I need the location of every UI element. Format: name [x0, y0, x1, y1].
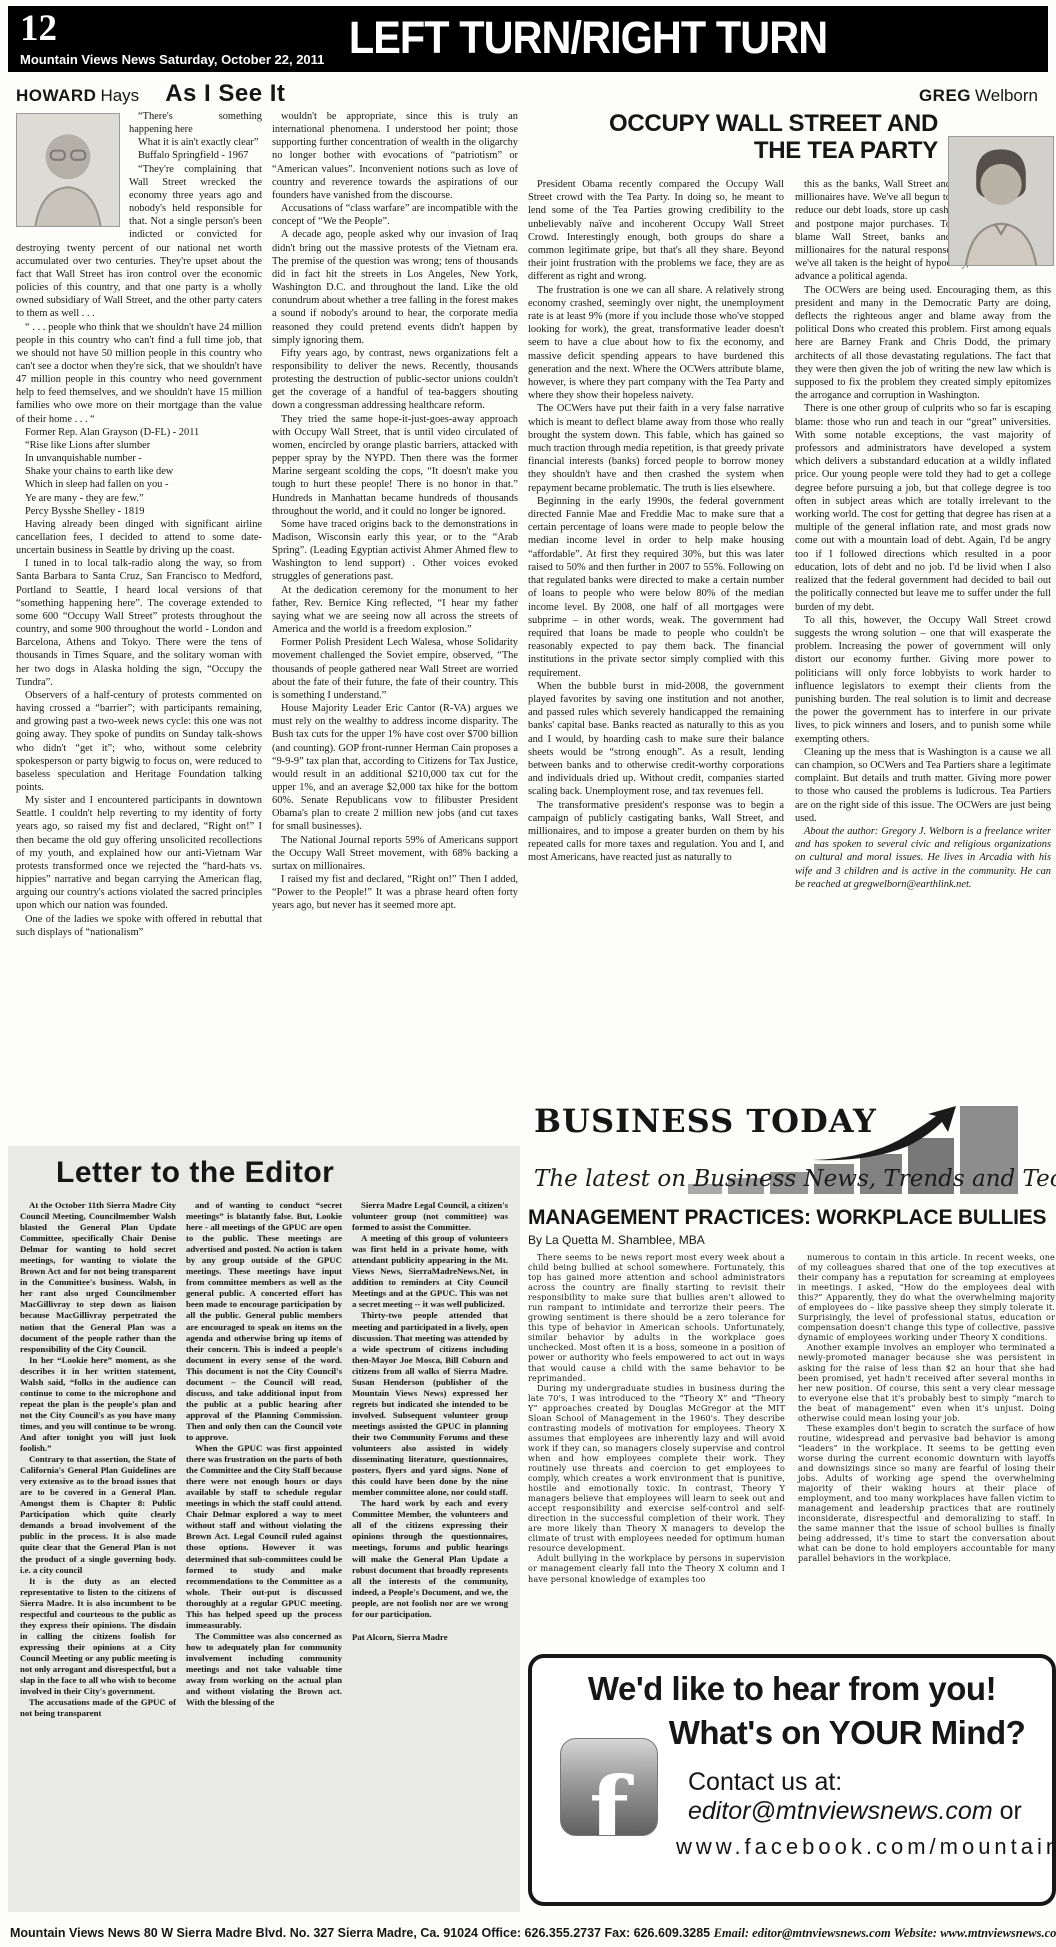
paragraph: My sister and I encountered participants…	[16, 794, 262, 912]
paragraph: Former Rep. Alan Grayson (D-FL) - 2011	[16, 426, 262, 439]
author-last-name: Hays	[100, 86, 139, 105]
as-i-see-it-article: “There's something happening hereWhat it…	[8, 110, 520, 1124]
paragraph: There seems to be news report most every…	[528, 1252, 785, 1383]
paragraph: The transformative president's response …	[528, 799, 784, 865]
paragraph: Former Polish President Lech Walesa, who…	[272, 636, 518, 702]
paragraph: At the dedication ceremony for the monum…	[272, 584, 518, 637]
facebook-letter: f	[589, 1765, 629, 1836]
paragraph: In her “Lookie here” moment, as she desc…	[20, 1355, 176, 1454]
paragraph: Contrary to that assertion, the State of…	[20, 1454, 176, 1576]
paragraph: A meeting of this group of volunteers wa…	[352, 1233, 508, 1310]
paragraph: These examples don't begin to scratch th…	[798, 1423, 1055, 1564]
paragraph: I tuned in to local talk-radio along the…	[16, 557, 262, 689]
management-practices-article: MANAGEMENT PRACTICES: WORKPLACE BULLIES …	[528, 1206, 1056, 1644]
left-half: “There's something happening hereWhat it…	[8, 110, 520, 1912]
paragraph: It is the duty as an elected representat…	[20, 1576, 176, 1698]
paragraph: numerous to contain in this article. In …	[798, 1252, 1055, 1342]
occupy-column-2: this as the banks, Wall Street and milli…	[795, 178, 1051, 891]
paragraph: The accusations made of the GPUC of not …	[20, 1697, 176, 1719]
byline-greg-welborn: GREG Welborn	[919, 86, 1038, 106]
business-today-banner: BUSINESS TODAY The latest on Business Ne…	[528, 1102, 1056, 1194]
page-title: LEFT TURN/RIGHT TURN	[165, 12, 1011, 64]
facebook-url-link[interactable]: www.facebook.com/mountainviewsnews	[676, 1834, 1036, 1860]
letter-column-2: and of wanting to conduct “secret meetin…	[186, 1200, 342, 1719]
paragraph: “Rise like Lions after slumber	[16, 439, 262, 452]
paragraph: At the October 11th Sierra Madre City Co…	[20, 1200, 176, 1355]
paragraph: A decade ago, people asked why our invas…	[272, 228, 518, 346]
paragraph: In unvanquishable number -	[16, 452, 262, 465]
contact-line: Contact us at: editor@mtnviewsnews.com o…	[688, 1768, 1036, 1826]
author-last-name: Welborn	[975, 86, 1038, 105]
paragraph: During my undergraduate studies in busin…	[528, 1383, 785, 1554]
author-first-name: GREG	[919, 86, 971, 105]
business-today-tagline: The latest on Business News, Trends and …	[534, 1166, 1056, 1192]
paragraph: The OCWers have put their faith in a ver…	[528, 402, 784, 494]
letter-signature: Pat Alcorn, Sierra Madre	[352, 1632, 508, 1643]
newspaper-page: 12 Mountain Views News Saturday, October…	[0, 0, 1056, 1947]
paragraph: Thirty-two people attended that meeting …	[352, 1310, 508, 1498]
paragraph: The OCWers are being used. Encouraging t…	[795, 284, 1051, 403]
paragraph: Ye are many - they are few.”	[16, 492, 262, 505]
main-content: “There's something happening hereWhat it…	[8, 110, 1048, 1912]
right-half: OCCUPY WALL STREET AND THE TEA PARTY Pre…	[528, 110, 1056, 1912]
occupy-wall-street-article: OCCUPY WALL STREET AND THE TEA PARTY Pre…	[528, 110, 1056, 1088]
paragraph: The hard work by each and every Committe…	[352, 1498, 508, 1620]
author-first-name: HOWARD	[16, 86, 96, 105]
letter-to-the-editor-section: Letter to the Editor At the October 11th…	[8, 1146, 520, 1912]
article-text: this as the banks, Wall Street and milli…	[795, 178, 1051, 825]
paragraph: Which in sleep had fallen on you -	[16, 478, 262, 491]
article-text: “There's something happening hereWhat it…	[16, 110, 262, 939]
about-the-author: About the author: Gregory J. Welborn is …	[795, 825, 1051, 891]
contact-box: We'd like to hear from you! What's on YO…	[528, 1654, 1056, 1906]
article-text: wouldn't be appropriate, since this is t…	[272, 110, 518, 913]
paragraph: Some have traced origins back to the dem…	[272, 518, 518, 584]
paragraph: Beginning in the early 1990s, the federa…	[528, 495, 784, 680]
paragraph: wouldn't be appropriate, since this is t…	[272, 110, 518, 202]
occupy-columns: President Obama recently compared the Oc…	[528, 178, 1056, 891]
paragraph: The Committee was also concerned as how …	[186, 1631, 342, 1708]
occupy-headline: OCCUPY WALL STREET AND THE TEA PARTY	[528, 110, 938, 164]
paragraph: One of the ladies we spoke with offered …	[16, 913, 262, 939]
headline-line-2: THE TEA PARTY	[754, 137, 938, 164]
paragraph: “ . . . people who think that we shouldn…	[16, 321, 262, 426]
management-article-byline: By La Quetta M. Shamblee, MBA	[528, 1233, 1056, 1247]
letter-column-3: Sierra Madre Legal Council, a citizen's …	[352, 1200, 508, 1719]
paragraph: Fifty years ago, by contrast, news organ…	[272, 347, 518, 413]
facebook-icon: f	[560, 1738, 658, 1836]
paragraph: Shake your chains to earth like dew	[16, 465, 262, 478]
paragraph: Sierra Madre Legal Council, a citizen's …	[352, 1200, 508, 1233]
footer-email-website: Email: editor@mtnviewsnews.com Website: …	[714, 1926, 1056, 1940]
howard-hays-portrait-photo	[16, 113, 120, 227]
footer-address-phone: Mountain Views News 80 W Sierra Madre Bl…	[10, 1926, 714, 1940]
paragraph: House Majority Leader Eric Cantor (R-VA)…	[272, 702, 518, 834]
contact-suffix: or	[993, 1797, 1022, 1825]
paragraph: Observers of a half-century of protests …	[16, 689, 262, 794]
page-number: 12	[20, 7, 57, 50]
paragraph: Having already been dinged with signific…	[16, 518, 262, 557]
occupy-column-1: President Obama recently compared the Oc…	[528, 178, 784, 891]
contact-prefix: Contact us at:	[688, 1768, 842, 1796]
paragraph: Percy Bysshe Shelley - 1819	[16, 505, 262, 518]
paragraph: To all this, however, the Occupy Wall St…	[795, 614, 1051, 746]
headline-line-1: OCCUPY WALL STREET AND	[609, 110, 938, 137]
paragraph: President Obama recently compared the Oc…	[528, 178, 784, 284]
as-i-see-it-column-1: “There's something happening hereWhat it…	[16, 110, 262, 1124]
paragraph: and of wanting to conduct “secret meetin…	[186, 1200, 342, 1443]
paragraph: I raised my fist and declared, “Right on…	[272, 873, 518, 912]
paragraph: Accusations of “class warfare” are incom…	[272, 202, 518, 228]
greg-welborn-portrait-photo	[948, 136, 1054, 266]
paragraph: The National Journal reports 59% of Amer…	[272, 834, 518, 873]
paragraph: When the GPUC was first appointed there …	[186, 1443, 342, 1631]
management-columns: There seems to be news report most every…	[528, 1252, 1056, 1644]
letter-column-1: At the October 11th Sierra Madre City Co…	[20, 1200, 176, 1719]
about-author-text: About the author: Gregory J. Welborn is …	[795, 825, 1051, 891]
letter-columns: At the October 11th Sierra Madre City Co…	[16, 1200, 512, 1719]
page-header: 12 Mountain Views News Saturday, October…	[8, 6, 1048, 72]
contact-email-link[interactable]: editor@mtnviewsnews.com	[688, 1797, 993, 1825]
paragraph: Adult bullying in the workplace by perso…	[528, 1553, 785, 1583]
paragraph: Another example involves an employer who…	[798, 1342, 1055, 1422]
paragraph: Cleaning up the mess that is Washington …	[795, 746, 1051, 825]
page-footer: Mountain Views News 80 W Sierra Madre Bl…	[10, 1926, 1046, 1941]
letter-section-title: Letter to the Editor	[56, 1156, 512, 1190]
management-column-1: There seems to be news report most every…	[528, 1252, 785, 1644]
column-title-as-i-see-it: As I See It	[165, 80, 285, 107]
paragraph: They tried the same hope-it-just-goes-aw…	[272, 413, 518, 518]
contact-headline-1: We'd like to hear from you!	[548, 1670, 1036, 1708]
as-i-see-it-column-2: wouldn't be appropriate, since this is t…	[272, 110, 518, 1124]
byline-row: HOWARD Hays As I See It GREG Welborn	[16, 80, 1038, 108]
management-article-title: MANAGEMENT PRACTICES: WORKPLACE BULLIES	[528, 1206, 1056, 1230]
business-today-title: BUSINESS TODAY	[534, 1102, 877, 1140]
byline-howard-hays: HOWARD Hays As I See It	[16, 80, 285, 108]
paragraph: The frustration is one we can all share.…	[528, 284, 784, 403]
management-column-2: numerous to contain in this article. In …	[798, 1252, 1055, 1644]
paragraph: When the bubble burst in mid-2008, the g…	[528, 680, 784, 799]
paragraph: There is one other group of culprits who…	[795, 402, 1051, 613]
letter-text: Sierra Madre Legal Council, a citizen's …	[352, 1200, 508, 1620]
